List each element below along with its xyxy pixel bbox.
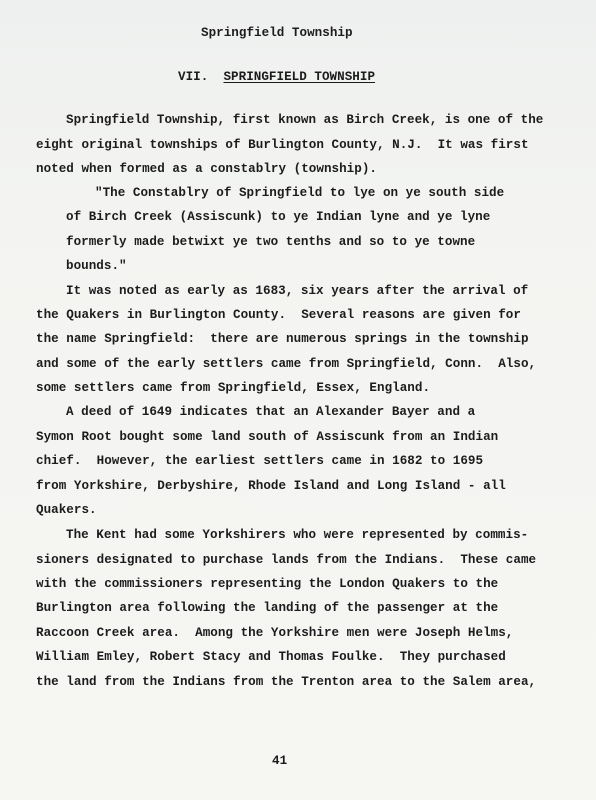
paragraph-line: It was noted as early as 1683, six years… (66, 284, 528, 298)
paragraph-line: from Yorkshire, Derbyshire, Rhode Island… (36, 479, 506, 493)
document-page: Springfield Township VII. SPRINGFIELD TO… (0, 0, 596, 800)
paragraph-line: Springfield Township, first known as Bir… (66, 113, 543, 127)
paragraph-line: William Emley, Robert Stacy and Thomas F… (36, 650, 506, 664)
paragraph-line: The Kent had some Yorkshirers who were r… (66, 528, 528, 542)
chapter-title: SPRINGFIELD TOWNSHIP (223, 70, 375, 84)
paragraph-line: Burlington area following the landing of… (36, 601, 498, 615)
paragraph-line: the land from the Indians from the Trent… (36, 675, 536, 689)
paragraph-line: with the commissioners representing the … (36, 577, 498, 591)
quote-line: "The Constablry of Springfield to lye on… (95, 186, 504, 200)
paragraph-line: eight original townships of Burlington C… (36, 138, 529, 152)
paragraph-line: A deed of 1649 indicates that an Alexand… (66, 405, 475, 419)
paragraph-line: Quakers. (36, 503, 97, 517)
paragraph-line: the Quakers in Burlington County. Severa… (36, 308, 521, 322)
paragraph-line: the name Springfield: there are numerous… (36, 332, 529, 346)
paragraph-line: sioners designated to purchase lands fro… (36, 553, 536, 567)
paragraph-line: Raccoon Creek area. Among the Yorkshire … (36, 626, 513, 640)
paragraph-line: chief. However, the earliest settlers ca… (36, 454, 483, 468)
paragraph-line: and some of the early settlers came from… (36, 357, 536, 371)
quote-line: of Birch Creek (Assiscunk) to ye Indian … (66, 210, 490, 224)
quote-line: bounds." (66, 259, 127, 273)
chapter-heading: VII. SPRINGFIELD TOWNSHIP (178, 70, 375, 84)
quote-line: formerly made betwixt ye two tenths and … (66, 235, 475, 249)
page-number: 41 (272, 754, 287, 768)
paragraph-line: some settlers came from Springfield, Ess… (36, 381, 430, 395)
paragraph-line: Symon Root bought some land south of Ass… (36, 430, 498, 444)
chapter-number: VII. (178, 70, 208, 84)
running-head: Springfield Township (201, 26, 353, 40)
paragraph-line: noted when formed as a constablry (towns… (36, 162, 377, 176)
